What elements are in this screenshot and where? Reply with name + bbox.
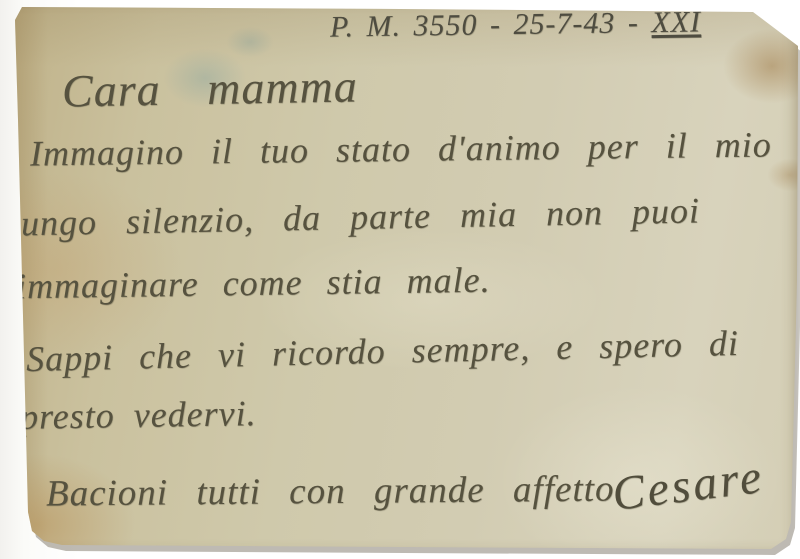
scanned-postcard-page: P. M. 3550 - 25-7-43 - XXI Cara mamma Im…: [0, 0, 800, 559]
body-line-3: immaginare come stia male.: [16, 259, 491, 308]
body-line-5: presto vedervi.: [20, 392, 257, 438]
body-line-4: Sappi che vi ricordo sempre, e spero di: [26, 322, 740, 380]
signature: Cesare: [609, 449, 767, 522]
salutation-line: Cara mamma: [62, 59, 359, 117]
era-year: XXI: [651, 5, 701, 39]
postcard: P. M. 3550 - 25-7-43 - XXI Cara mamma Im…: [0, 0, 800, 559]
postmark-line: P. M. 3550 - 25-7-43 - XXI: [330, 5, 702, 44]
body-line-2: lungo silenzio, da parte mia non puoi: [10, 189, 701, 244]
body-line-1: Immagino il tuo stato d'animo per il mio: [30, 123, 772, 174]
closing-line: Bacioni tutti con grande affetto.: [46, 467, 625, 515]
postmark-text: P. M. 3550 - 25-7-43 -: [330, 6, 639, 43]
